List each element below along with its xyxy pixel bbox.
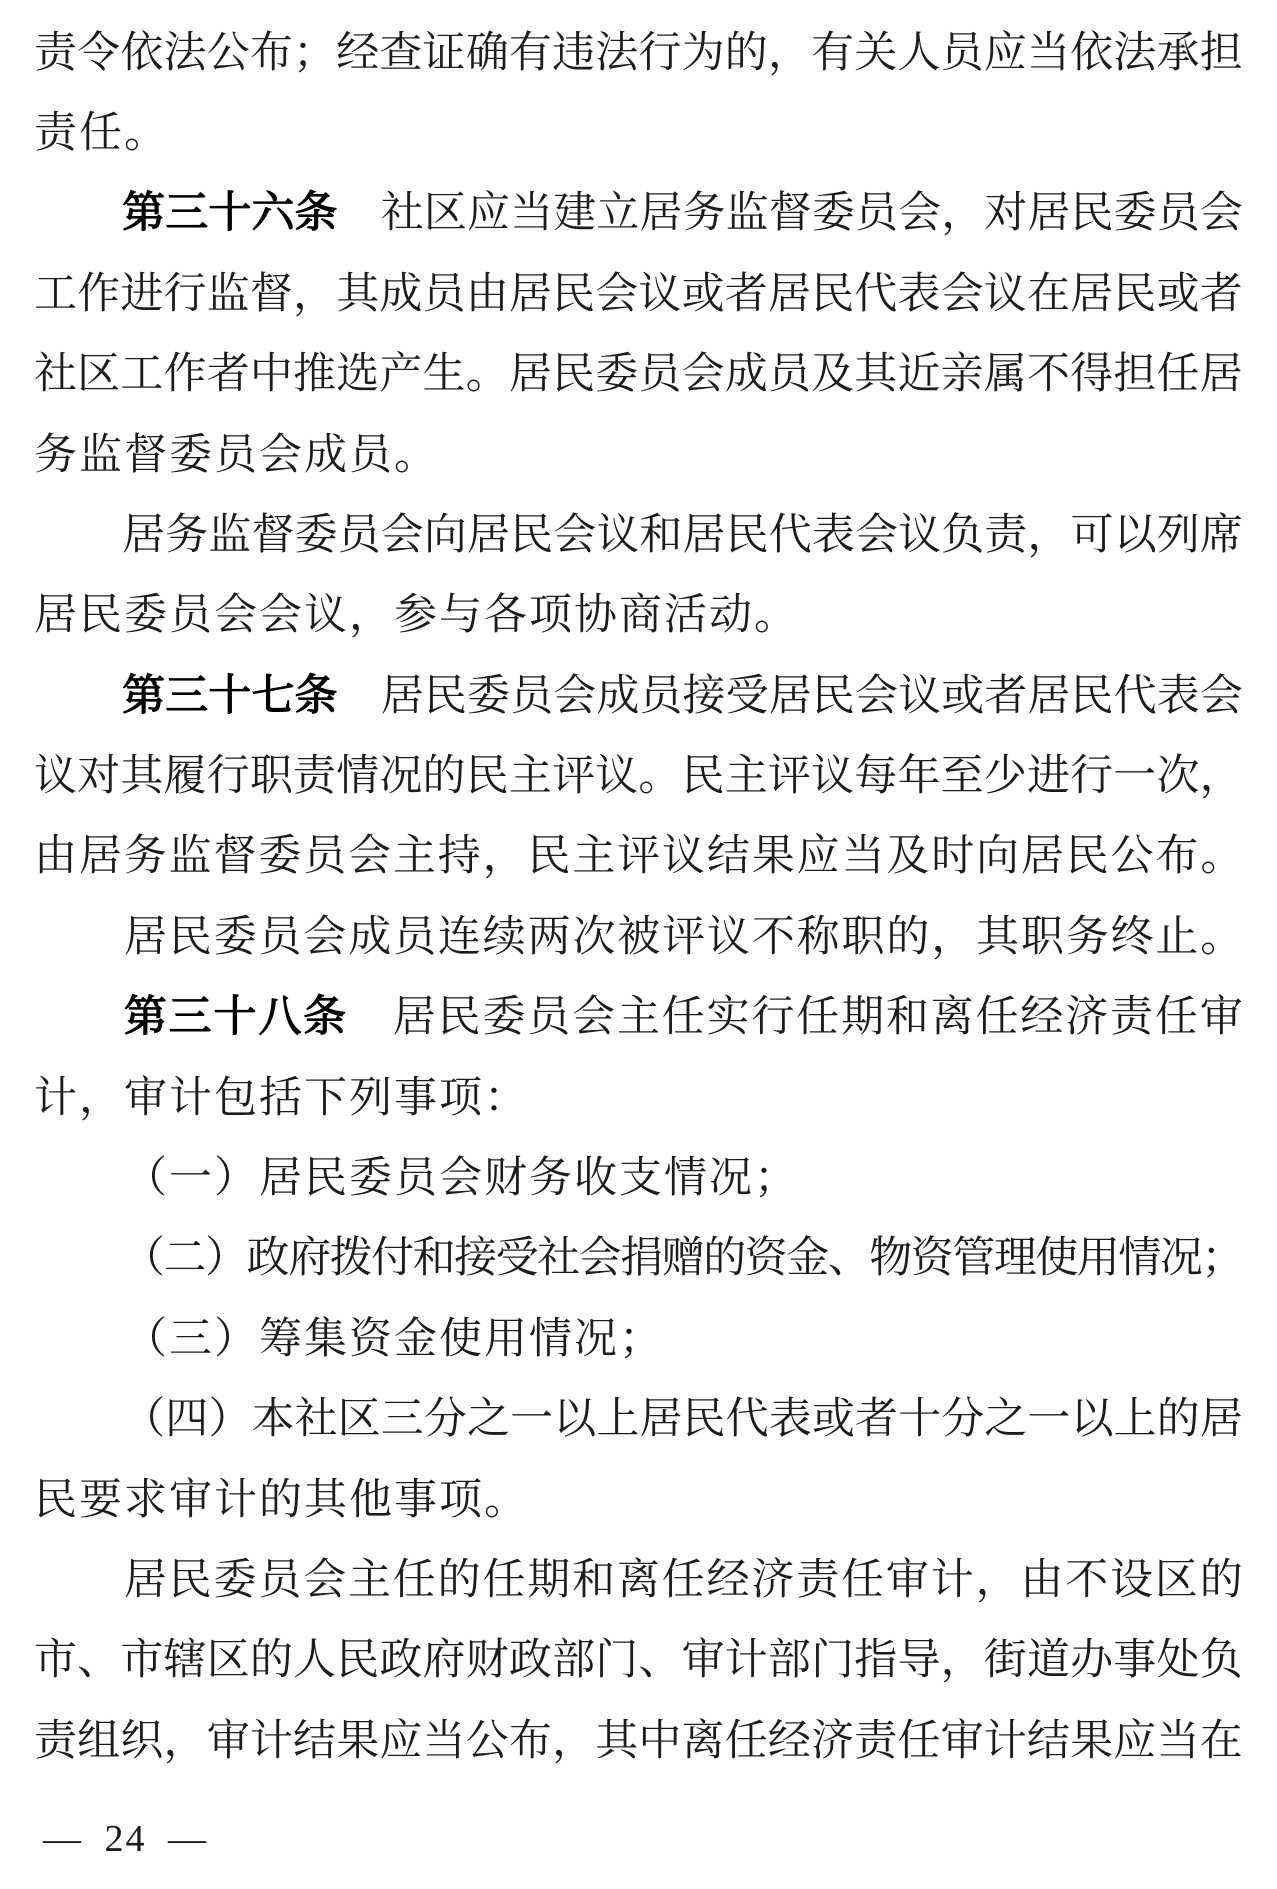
- page-number-footer: — 24 —: [43, 1820, 208, 1858]
- text-line: 市、市辖区的人民政府财政部门、审计部门指导，街道办事处负: [34, 1621, 1243, 1701]
- text-line: （二）政府拨付和接受社会捐赠的资金、物资管理使用情况；: [34, 1219, 1243, 1299]
- text-line: 由居务监督委员会主持，民主评议结果应当及时向居民公布。: [34, 817, 1243, 897]
- text-line: 社区工作者中推选产生。居民委员会成员及其近亲属不得担任居: [34, 335, 1243, 415]
- text-line: 居民委员会会议，参与各项协商活动。: [34, 576, 1243, 656]
- document-lines: 责令依法公布；经查证确有违法行为的，有关人员应当依法承担责任。第三十六条 社区应…: [34, 13, 1243, 1782]
- text-line: （三）筹集资金使用情况；: [34, 1299, 1243, 1379]
- text-line: 责组织，审计结果应当公布，其中离任经济责任审计结果应当在: [34, 1701, 1243, 1781]
- text-line: 议对其履行职责情况的民主评议。民主评议每年至少进行一次，: [34, 737, 1243, 817]
- text-line: 第三十六条 社区应当建立居务监督委员会，对居民委员会: [34, 174, 1243, 254]
- text-line: 第三十八条 居民委员会主任实行任期和离任经济责任审: [34, 978, 1243, 1058]
- paragraph-indent: [34, 937, 122, 938]
- paragraph-indent: [34, 535, 122, 536]
- text-line: 第三十七条 居民委员会成员接受居民会议或者居民代表会: [34, 656, 1243, 736]
- paragraph-indent: [34, 1580, 122, 1581]
- text-line: 责任。: [34, 93, 1243, 173]
- paragraph-indent: [34, 1419, 122, 1420]
- paragraph-indent: [34, 213, 122, 214]
- text-line: 居民委员会主任的任期和离任经济责任审计，由不设区的: [34, 1540, 1243, 1620]
- text-line: 居务监督委员会向居民会议和居民代表会议负责，可以列席: [34, 495, 1243, 575]
- text-line: 居民委员会成员连续两次被评议不称职的，其职务终止。: [34, 897, 1243, 977]
- paragraph-indent: [34, 1017, 122, 1018]
- text-line: 工作进行监督，其成员由居民会议或者居民代表会议在居民或者: [34, 254, 1243, 334]
- text-line: 责令依法公布；经查证确有违法行为的，有关人员应当依法承担: [34, 13, 1243, 93]
- paragraph-indent: [34, 1339, 122, 1340]
- text-line: 务监督委员会成员。: [34, 415, 1243, 495]
- paragraph-indent: [34, 1178, 122, 1179]
- document-page: 责令依法公布；经查证确有违法行为的，有关人员应当依法承担责任。第三十六条 社区应…: [0, 0, 1277, 1889]
- text-line: 计，审计包括下列事项：: [34, 1058, 1243, 1138]
- paragraph-indent: [34, 1259, 122, 1260]
- text-line: （四）本社区三分之一以上居民代表或者十分之一以上的居: [34, 1380, 1243, 1460]
- text-line: 民要求审计的其他事项。: [34, 1460, 1243, 1540]
- paragraph-indent: [34, 696, 122, 697]
- text-line: （一）居民委员会财务收支情况；: [34, 1138, 1243, 1218]
